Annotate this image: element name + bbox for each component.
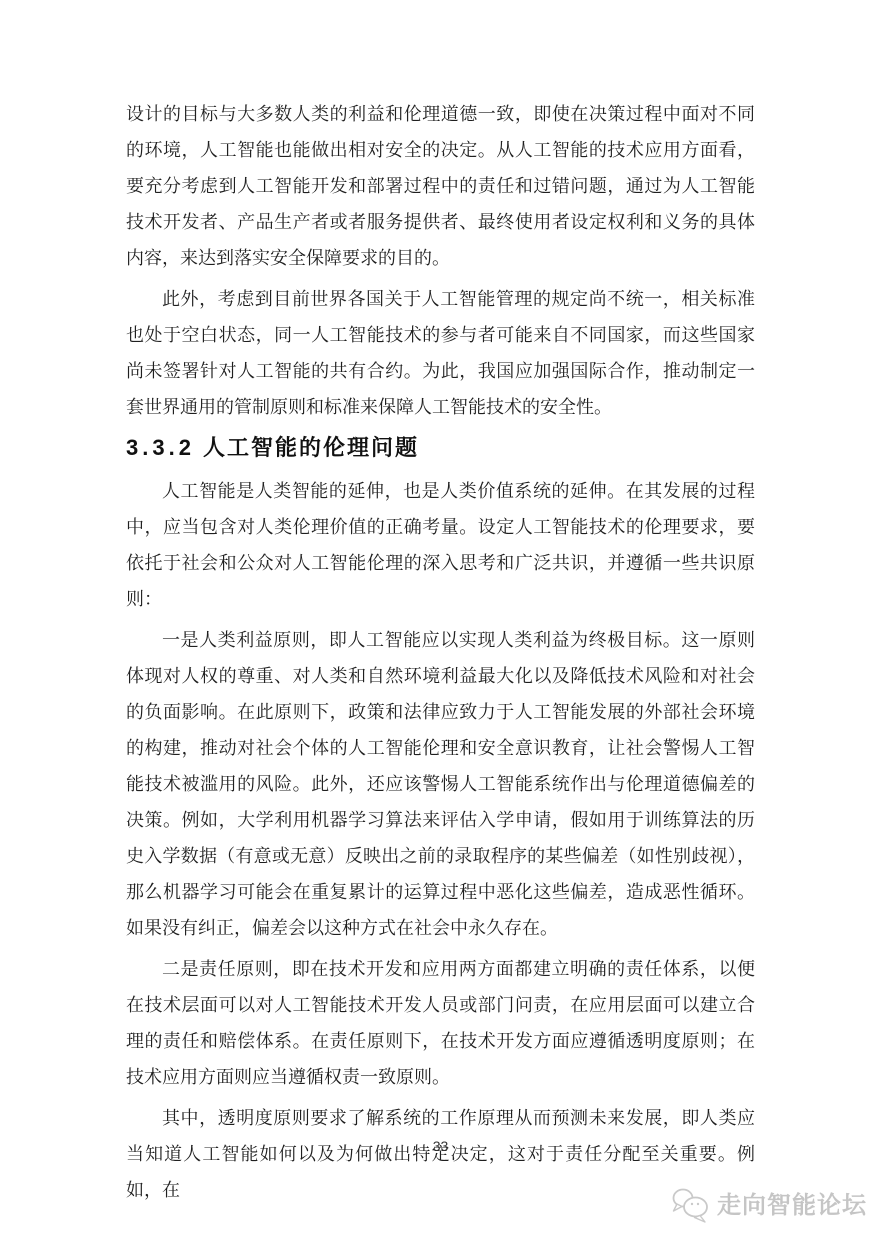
body-paragraph: 此外，考虑到目前世界各国关于人工智能管理的规定尚不统一，相关标准也处于空白状态，… [126,281,755,425]
body-paragraph: 一是人类利益原则，即人工智能应以实现人类利益为终极目标。这一原则体现对人权的尊重… [126,622,755,946]
watermark-text: 走向智能论坛 [717,1194,867,1218]
document-body: 设计的目标与大多数人类的利益和伦理道德一致，即使在决策过程中面对不同的环境，人工… [126,96,755,1213]
body-paragraph: 设计的目标与大多数人类的利益和伦理道德一致，即使在决策过程中面对不同的环境，人工… [126,96,755,276]
section-heading: 3.3.2人工智能的伦理问题 [126,435,755,461]
section-title: 人工智能的伦理问题 [203,435,419,460]
body-paragraph: 二是责任原则，即在技术开发和应用两方面都建立明确的责任体系，以便在技术层面可以对… [126,951,755,1095]
page-number: 33 [0,1138,881,1154]
body-paragraph: 其中，透明度原则要求了解系统的工作原理从而预测未来发展，即人类应当知道人工智能如… [126,1100,755,1208]
body-paragraph: 人工智能是人类智能的延伸，也是人类价值系统的延伸。在其发展的过程中，应当包含对人… [126,473,755,617]
chat-bubbles-icon [670,1186,712,1226]
watermark: 走向智能论坛 [670,1186,867,1226]
section-number: 3.3.2 [126,435,195,460]
